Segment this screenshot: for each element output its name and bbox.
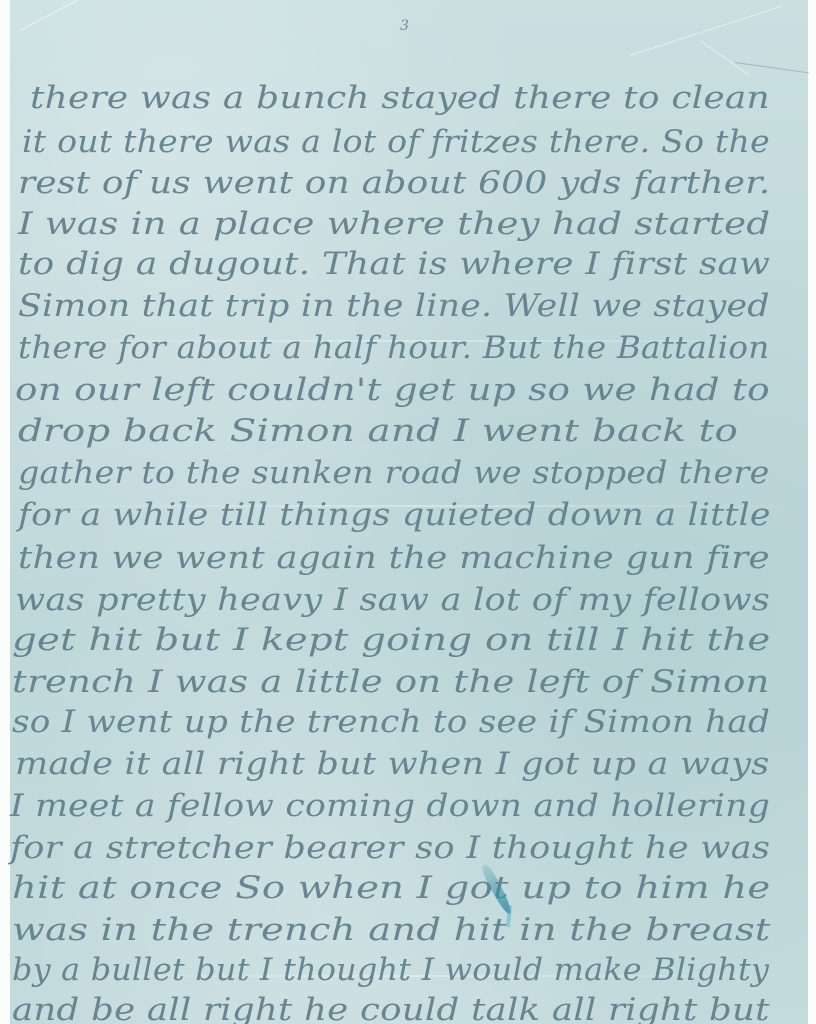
text-line: I meet a fellow coming down and hollerin… [10, 788, 770, 824]
text-line: drop back Simon and I went back to [18, 413, 738, 449]
text-line: Simon that trip in the line. Well we sta… [18, 288, 770, 324]
text-line: on our left couldn't get up so we had to [15, 372, 770, 408]
text-line: for a stretcher bearer so I thought he w… [10, 830, 770, 866]
text-line: to dig a dugout. That is where I first s… [18, 246, 770, 282]
text-line: for a while till things quieted down a l… [18, 497, 771, 533]
text-line: get hit but I kept going on till I hit t… [12, 622, 771, 658]
text-line: gather to the sunken road we stopped the… [18, 455, 769, 491]
text-line: and be all right he could talk all right… [12, 992, 770, 1024]
text-line: was pretty heavy I saw a lot of my fello… [15, 582, 770, 618]
text-line: was in the trench and hit in the breast [12, 912, 771, 948]
handwritten-text: there was a bunch stayed there to clean … [0, 0, 816, 1024]
text-line: by a bullet but I thought I would make B… [12, 952, 769, 988]
text-line: rest of us went on about 600 yds farther… [18, 165, 770, 201]
text-line: made it all right but when I got up a wa… [15, 746, 770, 782]
text-line: so I went up the trench to see if Simon … [12, 704, 770, 740]
text-line: there was a bunch stayed there to clean [30, 80, 770, 116]
text-line: trench I was a little on the left of Sim… [12, 664, 770, 700]
scanned-page: 3 there was a bunch stayed there to clea… [0, 0, 816, 1024]
text-line: it out there was a lot of fritzes there.… [22, 124, 770, 160]
text-line: there for about a half hour. But the Bat… [18, 330, 769, 366]
text-line: I was in a place where they had started [18, 206, 770, 242]
text-line: hit at once So when I got up to him he [12, 870, 770, 906]
text-line: then we went again the machine gun fire [18, 540, 770, 576]
